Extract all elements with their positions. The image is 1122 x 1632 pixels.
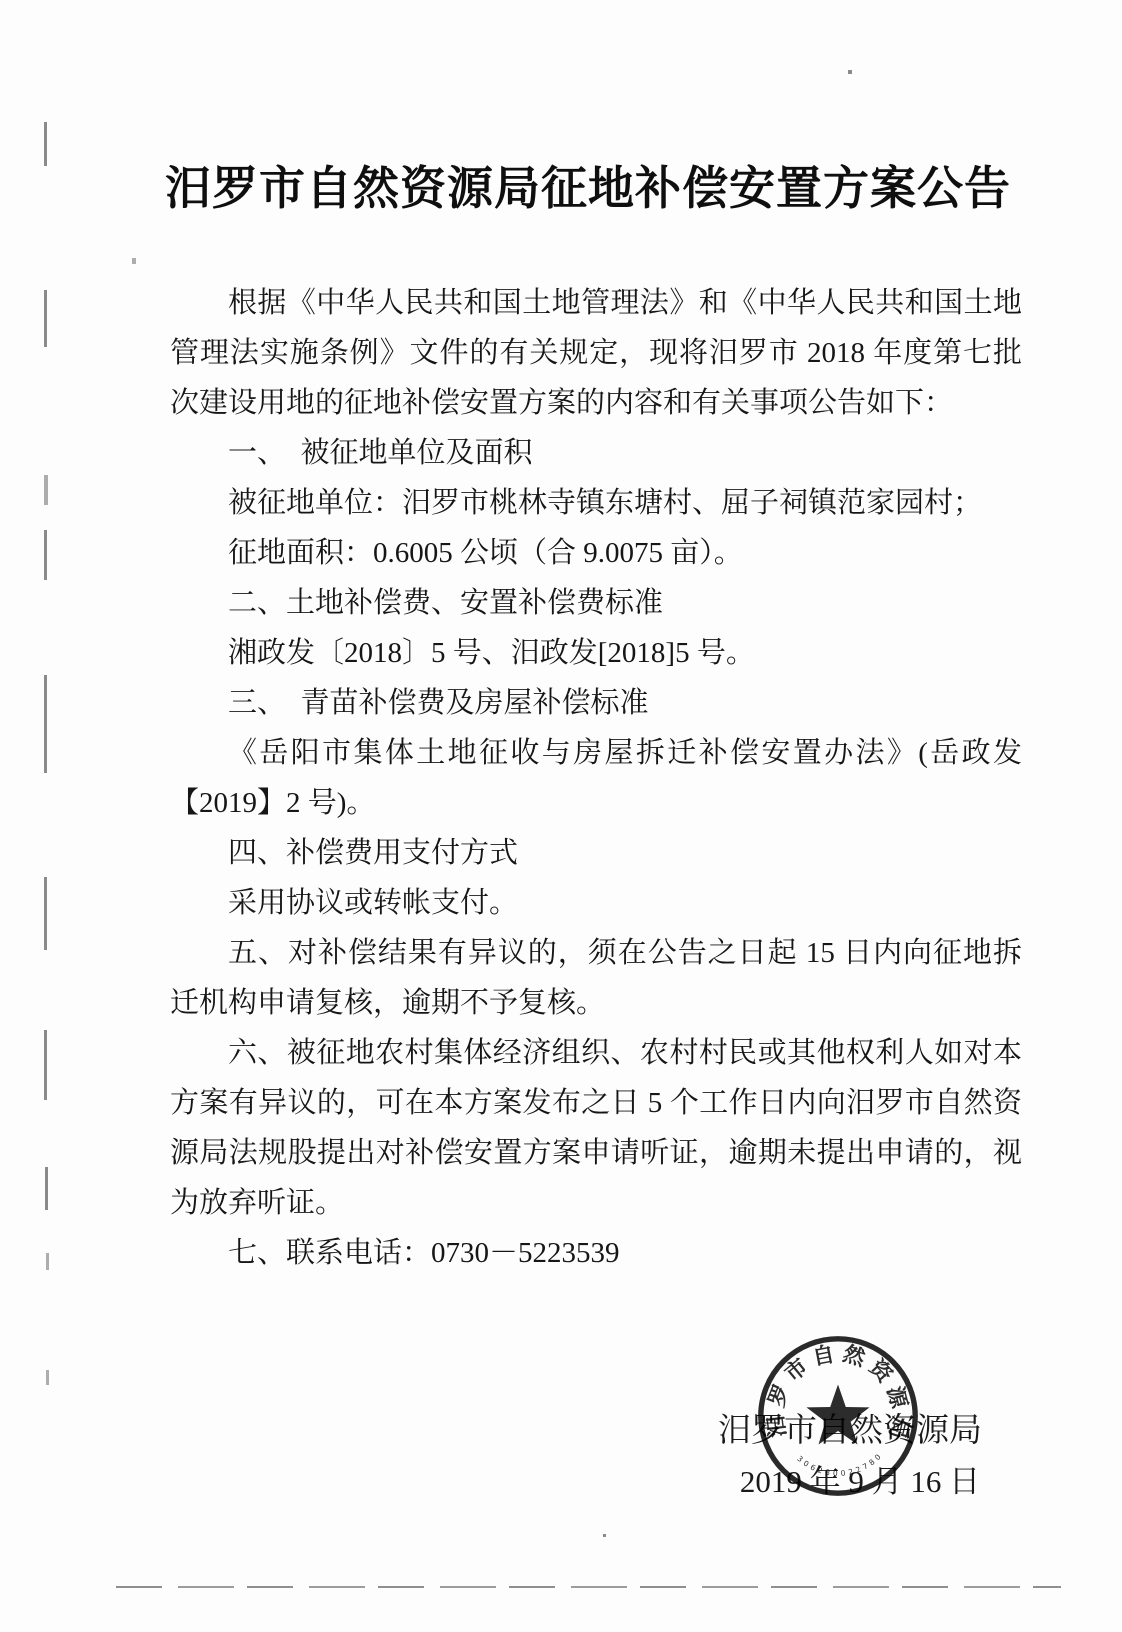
scan-artifact-streak [44,530,47,580]
section-5-review-paragraph: 五、对补偿结果有异议的，须在公告之日起 15 日内向征地拆迁机构申请复核，逾期不… [170,928,1022,1028]
scan-artifact-streak [44,122,47,166]
star-icon [806,1384,869,1444]
intro-paragraph: 根据《中华人民共和国土地管理法》和《中华人民共和国土地管理法实施条例》文件的有关… [170,278,1022,428]
page-title: 汨罗市自然资源局征地补偿安置方案公告 [0,152,1122,218]
scan-artifact-streak [44,1030,47,1100]
section-3-heading: 三、 青苗补偿费及房屋补偿标准 [170,678,1022,728]
land-area-line: 征地面积：0.6005 公顷（合 9.0075 亩）。 [170,528,1022,578]
measures-document-line: 《岳阳市集体土地征收与房屋拆迁补偿安置办法》(岳政发【2019】2 号)。 [170,728,1022,828]
scan-artifact-fold-line [116,1586,1061,1588]
seal-code-text: 306280022780 [795,1450,885,1478]
section-6-hearing-paragraph: 六、被征地农村集体经济组织、农村村民或其他权利人如对本方案有异议的，可在本方案发… [170,1028,1022,1228]
document-page: 汨罗市自然资源局征地补偿安置方案公告 根据《中华人民共和国土地管理法》和《中华人… [0,0,1122,1632]
scan-artifact-streak [44,290,47,347]
scan-artifact-streak [44,675,47,773]
scan-artifact-speck [132,258,136,264]
payment-method-line: 采用协议或转帐支付。 [170,878,1022,928]
official-seal-stamp: 汨罗市自然资源局 306280022780 [755,1333,921,1499]
expropriated-units-line: 被征地单位：汨罗市桃林寺镇东塘村、屈子祠镇范家园村； [170,478,1022,528]
scan-artifact-dots [46,1370,49,1385]
scan-artifact-streak [44,877,47,950]
scan-artifact-speck [848,70,852,74]
section-4-heading: 四、补偿费用支付方式 [170,828,1022,878]
scan-artifact-speck [603,1534,606,1537]
compensation-standards-line: 湘政发〔2018〕5 号、汨政发[2018]5 号。 [170,628,1022,678]
scan-artifact-streak [44,475,48,505]
scan-artifact-streak [45,1167,48,1210]
section-1-heading: 一、 被征地单位及面积 [170,428,1022,478]
contact-phone-line: 七、联系电话：0730－5223539 [170,1228,1022,1278]
scan-artifact-dots [46,1253,49,1270]
section-2-heading: 二、土地补偿费、安置补偿费标准 [170,578,1022,628]
document-body: 根据《中华人民共和国土地管理法》和《中华人民共和国土地管理法实施条例》文件的有关… [170,278,1022,1278]
